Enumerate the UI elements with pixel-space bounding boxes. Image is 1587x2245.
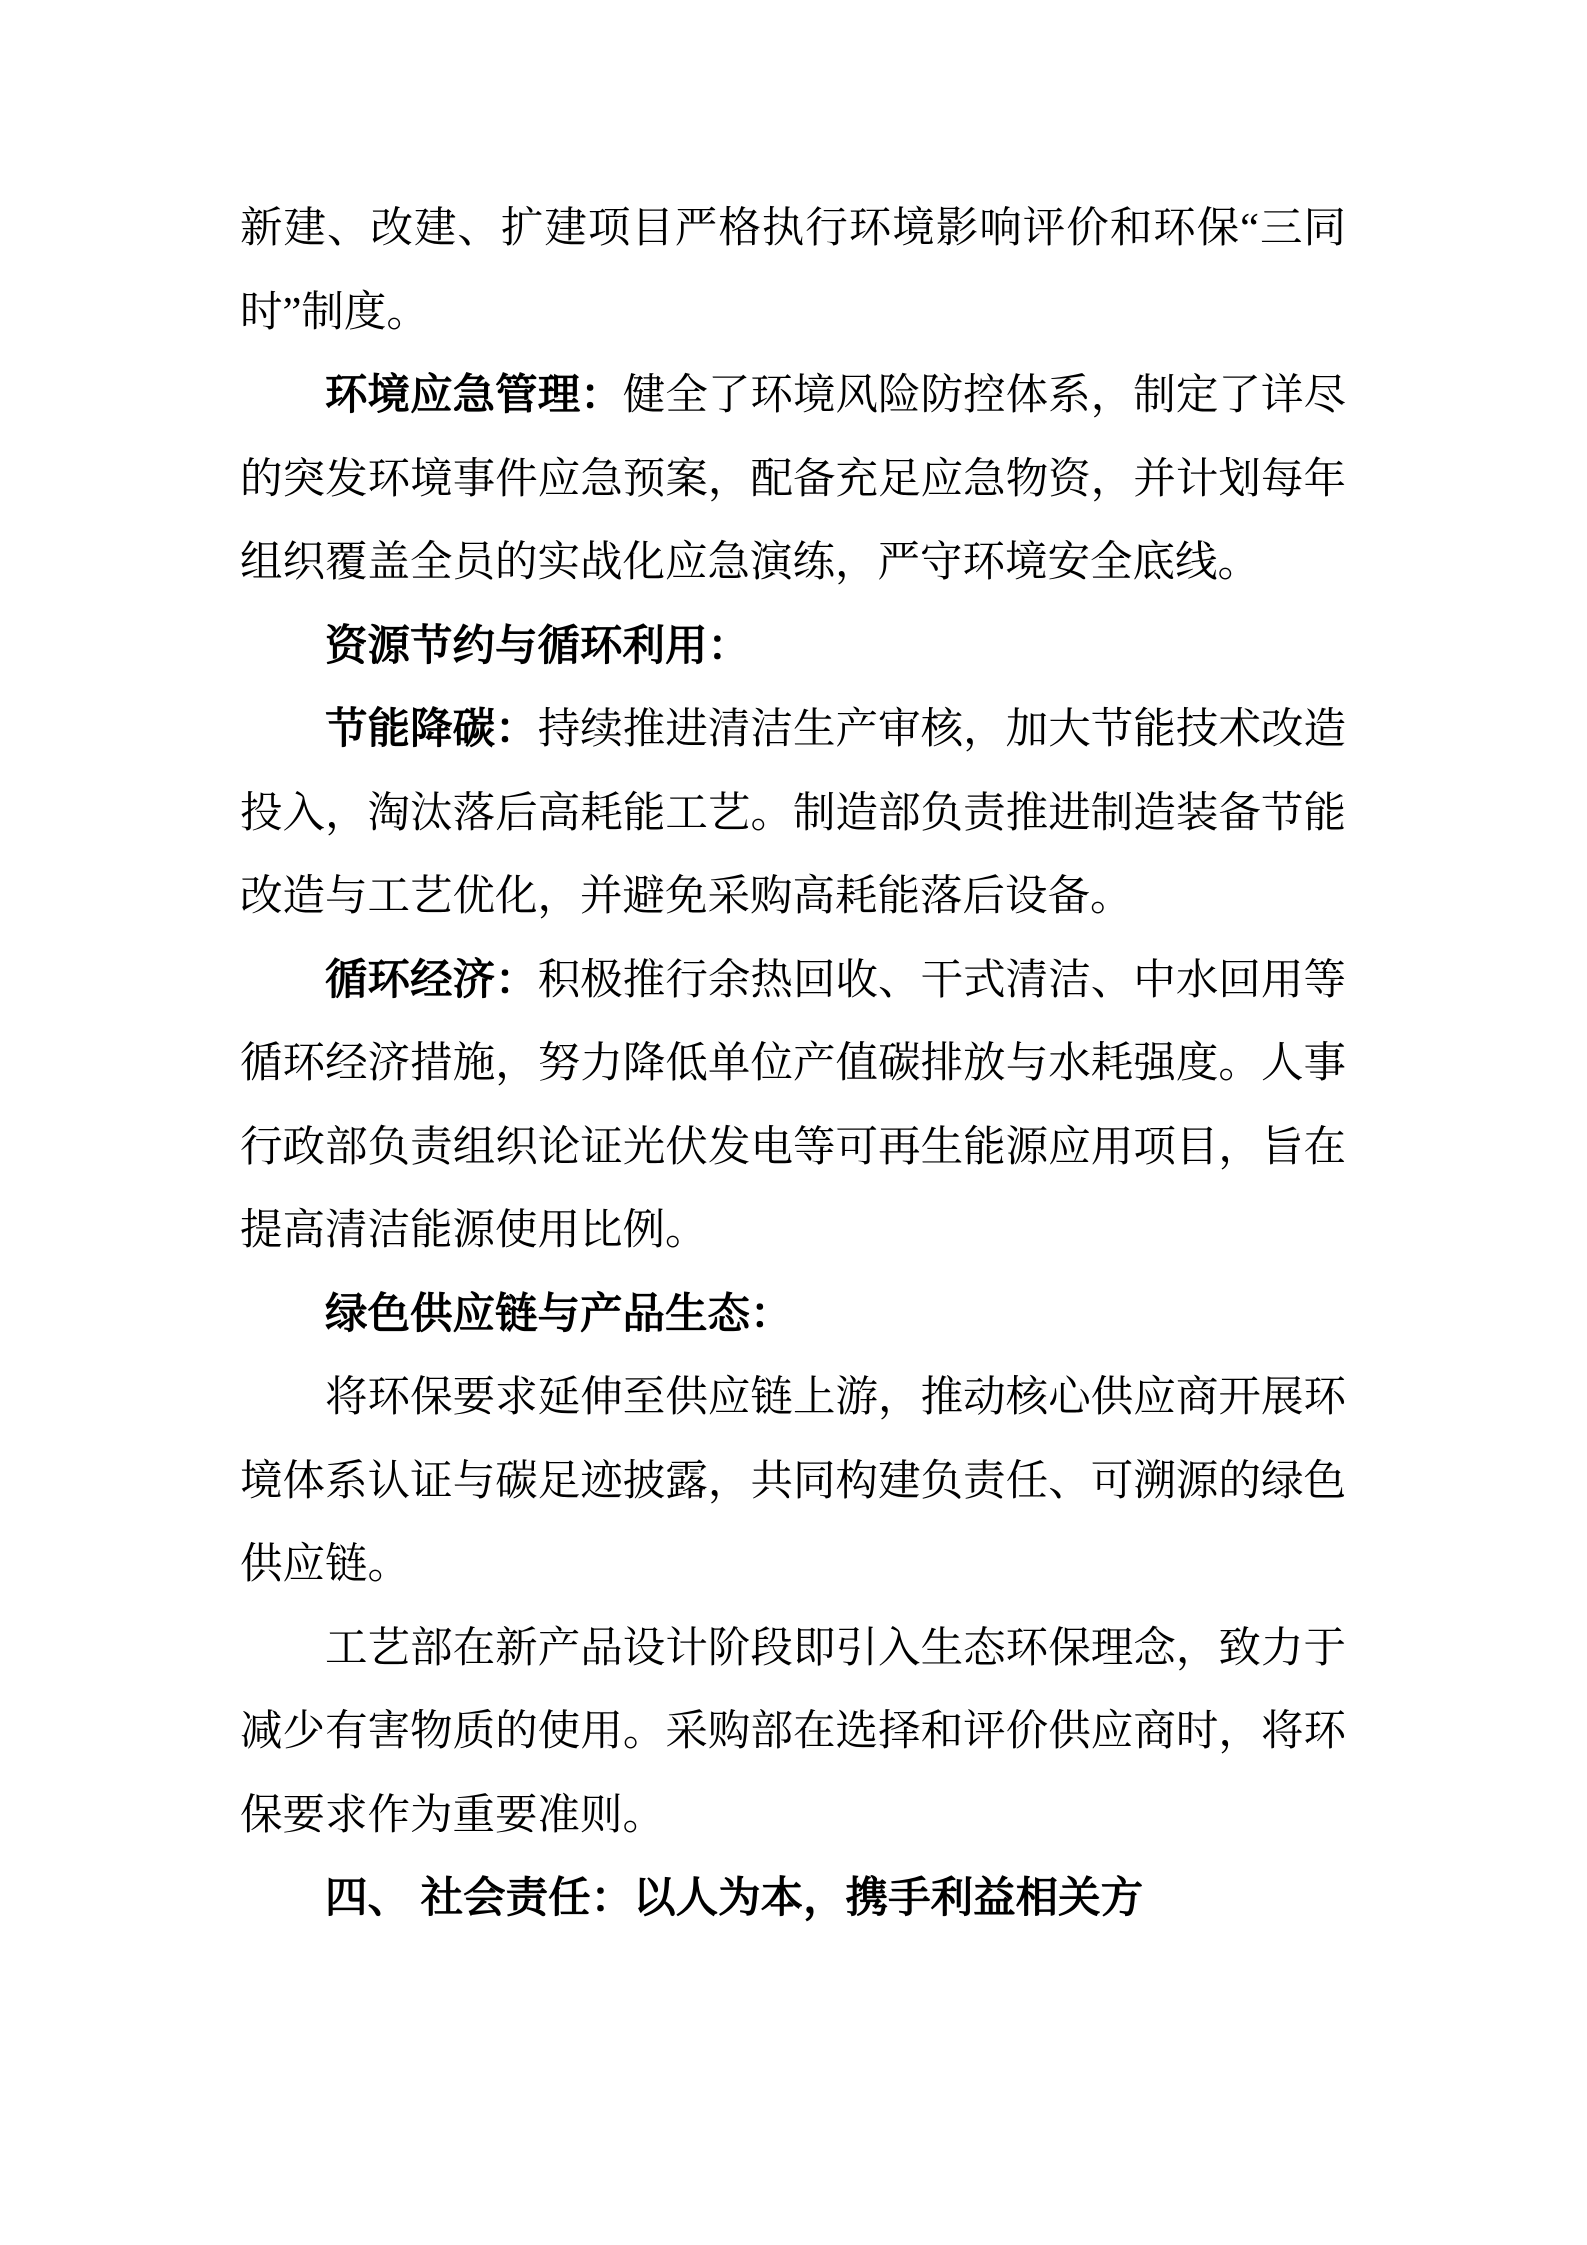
section-heading: 绿色供应链与产品生态： xyxy=(240,1273,1346,1357)
paragraph: 环境应急管理：健全了环境风险防控体系，制定了详尽的突发环境事件应急预案，配备充足… xyxy=(240,354,1346,605)
paragraph: 新建、改建、扩建项目严格执行环境影响评价和环保“三同时”制度。 xyxy=(240,187,1346,354)
paragraph: 节能降碳：持续推进清洁生产审核，加大节能技术改造投入，淘汰落后高耗能工艺。制造部… xyxy=(240,688,1346,939)
paragraph: 循环经济：积极推行余热回收、干式清洁、中水回用等循环经济措施，努力降低单位产值碳… xyxy=(240,939,1346,1273)
bold-text-run: 节能降碳： xyxy=(325,706,538,753)
bold-text-run: 四、 社会责任：以人为本，携手利益相关方 xyxy=(325,1875,1143,1922)
paragraph: 将环保要求延伸至供应链上游，推动核心供应商开展环境体系认证与碳足迹披露，共同构建… xyxy=(240,1356,1346,1607)
text-run: 新建、改建、扩建项目严格执行环境影响评价和环保“三同时”制度。 xyxy=(240,205,1346,336)
document-page: 新建、改建、扩建项目严格执行环境影响评价和环保“三同时”制度。环境应急管理：健全… xyxy=(0,0,1587,2245)
bold-text-run: 循环经济： xyxy=(325,957,538,1004)
text-content: 新建、改建、扩建项目严格执行环境影响评价和环保“三同时”制度。环境应急管理：健全… xyxy=(240,187,1346,1941)
section-heading: 资源节约与循环利用： xyxy=(240,605,1346,689)
text-run: 将环保要求延伸至供应链上游，推动核心供应商开展环境体系认证与碳足迹披露，共同构建… xyxy=(240,1374,1346,1588)
text-run: 工艺部在新产品设计阶段即引入生态环保理念，致力于减少有害物质的使用。采购部在选择… xyxy=(240,1625,1346,1839)
bold-text-run: 绿色供应链与产品生态： xyxy=(325,1291,793,1338)
section-heading: 四、 社会责任：以人为本，携手利益相关方 xyxy=(240,1857,1346,1941)
paragraph: 工艺部在新产品设计阶段即引入生态环保理念，致力于减少有害物质的使用。采购部在选择… xyxy=(240,1607,1346,1858)
bold-text-run: 环境应急管理： xyxy=(325,372,623,419)
bold-text-run: 资源节约与循环利用： xyxy=(325,623,750,670)
